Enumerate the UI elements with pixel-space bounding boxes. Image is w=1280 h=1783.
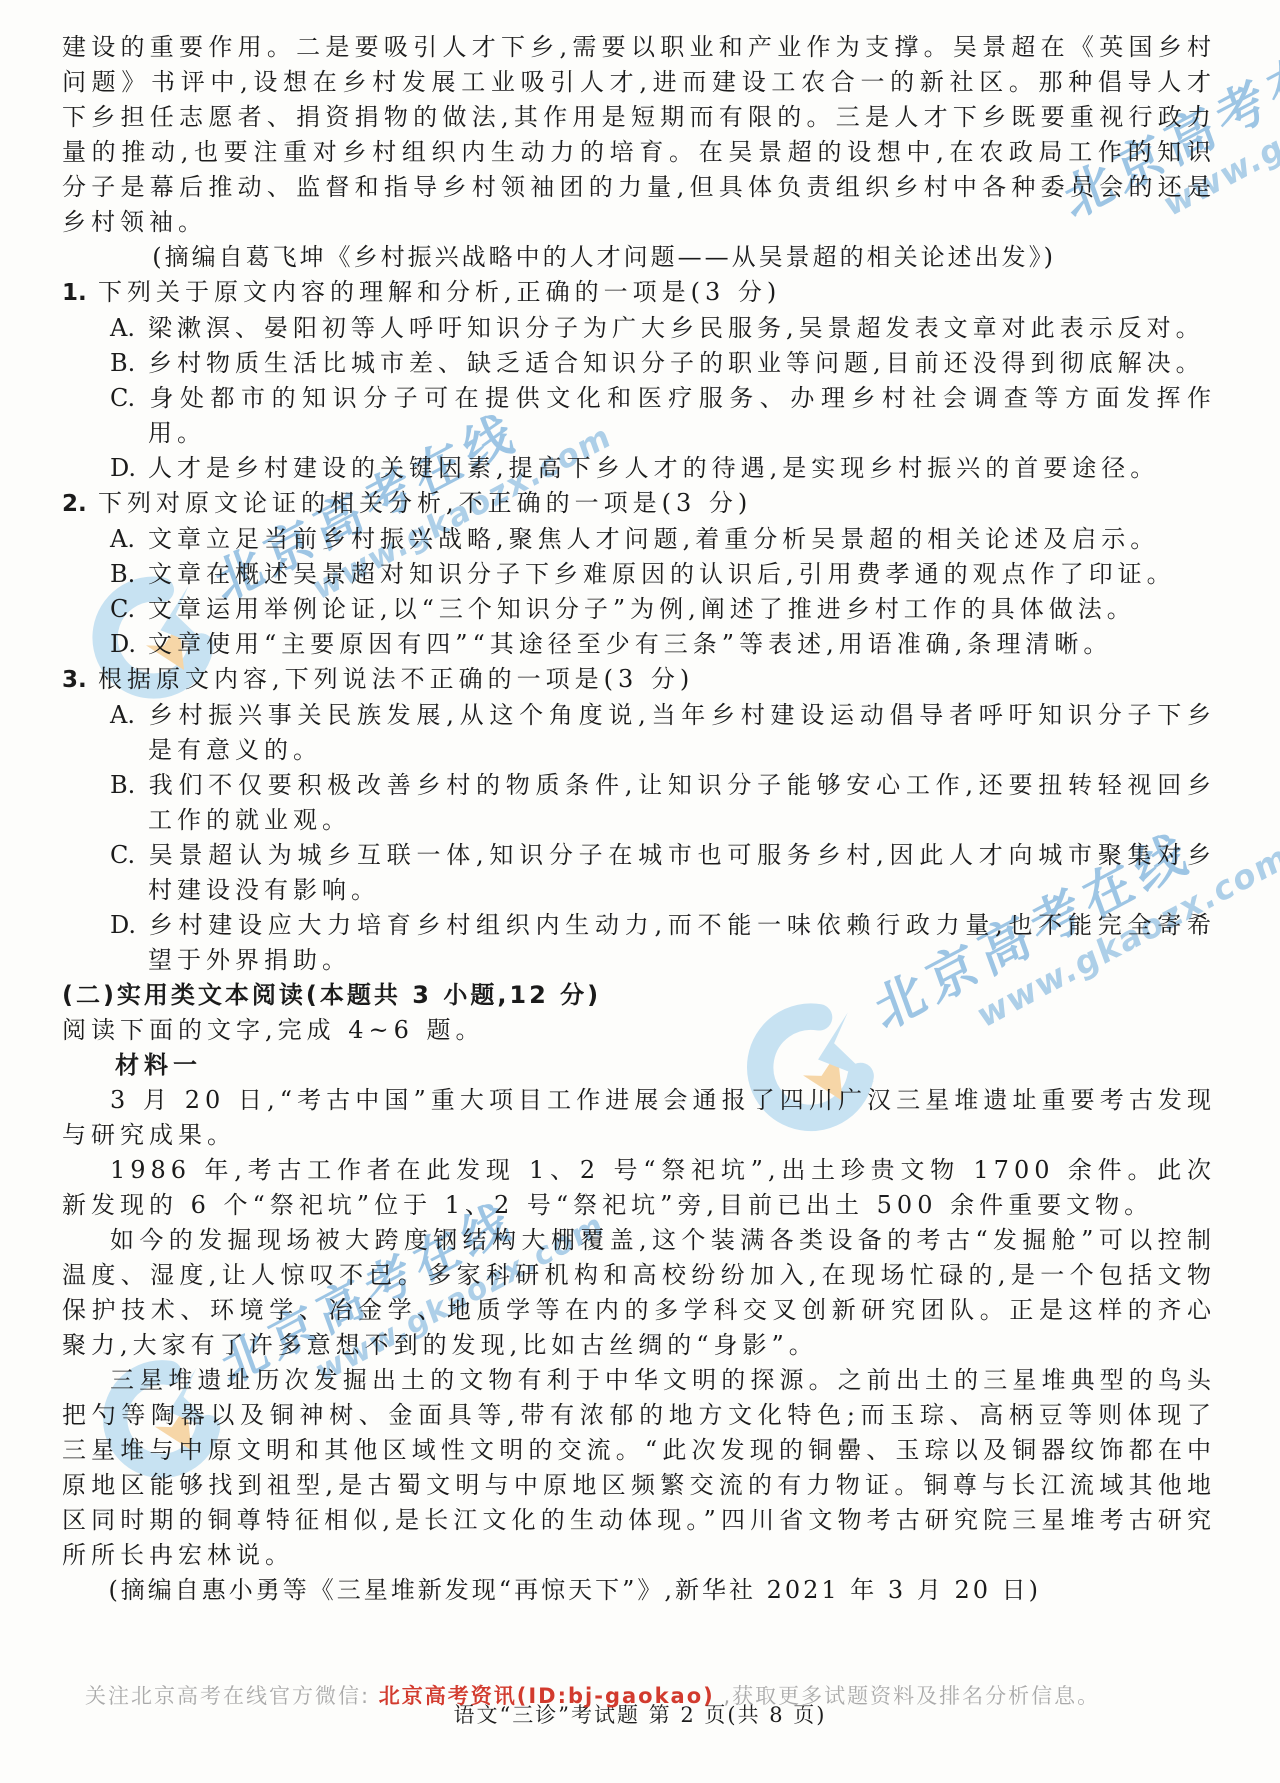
source-citation-2: (摘编自惠小勇等《三星堆新发现“再惊天下”》,新华社 2021 年 3 月 20… (62, 1573, 1216, 1608)
opening-paragraph: 建设的重要作用。二是要吸引人才下乡,需要以职业和产业作为支撑。吴景超在《英国乡村… (62, 30, 1216, 240)
question-1-option-c: C.身处都市的知识分子可在提供文化和医疗服务、办理乡村社会调查等方面发挥作用。 (110, 381, 1216, 451)
material-paragraph: 三星堆遗址历次发掘出土的文物有利于中华文明的探源。之前出土的三星堆典型的鸟头把勺… (62, 1363, 1216, 1573)
question-3: 3.根据原文内容,下列说法不正确的一项是(3 分) (62, 662, 1216, 698)
question-2-option-b: B.文章在概述吴景超对知识分子下乡难原因的认识后,引用费孝通的观点作了印证。 (110, 557, 1216, 592)
option-text: 吴景超认为城乡互联一体,知识分子在城市也可服务乡村,因此人才向城市聚集对乡村建设… (148, 841, 1216, 904)
option-label: A. (110, 311, 148, 346)
option-text: 梁漱溟、晏阳初等人呼吁知识分子为广大乡民服务,吴景超发表文章对此表示反对。 (148, 314, 1205, 342)
reading-instruction: 阅读下面的文字,完成 4~6 题。 (62, 1013, 1216, 1048)
option-label: D. (110, 627, 148, 662)
question-2-option-a: A.文章立足当前乡村振兴战略,聚焦人才问题,着重分析吴景超的相关论述及启示。 (110, 522, 1216, 557)
option-text: 乡村物质生活比城市差、缺乏适合知识分子的职业等问题,目前还没得到彻底解决。 (148, 349, 1205, 377)
option-label: B. (110, 557, 148, 592)
option-label: D. (110, 908, 148, 943)
option-label: D. (110, 451, 148, 486)
question-number: 1. (62, 276, 98, 311)
material-one-label: 材料一 (115, 1048, 1216, 1083)
option-text: 我们不仅要积极改善乡村的物质条件,让知识分子能够安心工作,还要扭转轻视回乡工作的… (148, 771, 1216, 834)
question-stem: 根据原文内容,下列说法不正确的一项是(3 分) (98, 665, 694, 693)
option-label: C. (110, 838, 148, 873)
question-1-option-d: D.人才是乡村建设的关键因素,提高下乡人才的待遇,是实现乡村振兴的首要途径。 (110, 451, 1216, 486)
option-text: 文章在概述吴景超对知识分子下乡难原因的认识后,引用费孝通的观点作了印证。 (148, 560, 1176, 588)
question-3-option-b: B.我们不仅要积极改善乡村的物质条件,让知识分子能够安心工作,还要扭转轻视回乡工… (110, 768, 1216, 838)
question-2-option-c: C.文章运用举例论证,以“三个知识分子”为例,阐述了推进乡村工作的具体做法。 (110, 592, 1216, 627)
question-number: 3. (62, 663, 98, 698)
option-text: 文章立足当前乡村振兴战略,聚焦人才问题,着重分析吴景超的相关论述及启示。 (148, 525, 1159, 553)
question-1-option-b: B.乡村物质生活比城市差、缺乏适合知识分子的职业等问题,目前还没得到彻底解决。 (110, 346, 1216, 381)
option-label: A. (110, 698, 148, 733)
question-3-option-a: A.乡村振兴事关民族发展,从这个角度说,当年乡村建设运动倡导者呼吁知识分子下乡是… (110, 698, 1216, 768)
option-label: C. (110, 592, 148, 627)
footer-note-suffix: ,获取更多试题资料及排名分析信息。 (723, 1684, 1100, 1708)
option-label: A. (110, 522, 148, 557)
footer-note-prefix: 关注北京高考在线官方微信: (85, 1684, 370, 1708)
option-text: 身处都市的知识分子可在提供文化和医疗服务、办理乡村社会调查等方面发挥作用。 (148, 384, 1216, 447)
option-label: B. (110, 346, 148, 381)
option-text: 乡村振兴事关民族发展,从这个角度说,当年乡村建设运动倡导者呼吁知识分子下乡是有意… (148, 701, 1216, 764)
question-stem: 下列关于原文内容的理解和分析,正确的一项是(3 分) (98, 278, 781, 306)
question-number: 2. (62, 487, 98, 522)
option-label: B. (110, 768, 148, 803)
option-label: C. (110, 381, 148, 416)
question-1: 1.下列关于原文内容的理解和分析,正确的一项是(3 分) (62, 275, 1216, 311)
exam-body: 建设的重要作用。二是要吸引人才下乡,需要以职业和产业作为支撑。吴景超在《英国乡村… (0, 0, 1280, 1608)
question-3-option-c: C.吴景超认为城乡互联一体,知识分子在城市也可服务乡村,因此人才向城市聚集对乡村… (110, 838, 1216, 908)
question-stem: 下列对原文论证的相关分析,不正确的一项是(3 分) (98, 489, 752, 517)
option-text: 乡村建设应大力培育乡村组织内生动力,而不能一味依赖行政力量,也不能完全寄希望于外… (148, 911, 1216, 974)
question-3-option-d: D.乡村建设应大力培育乡村组织内生动力,而不能一味依赖行政力量,也不能完全寄希望… (110, 908, 1216, 978)
material-paragraph: 3 月 20 日,“考古中国”重大项目工作进展会通报了四川广汉三星堆遗址重要考古… (62, 1083, 1216, 1153)
question-2: 2.下列对原文论证的相关分析,不正确的一项是(3 分) (62, 486, 1216, 522)
footer-wechat-id: 北京高考资讯(ID:bj-gaokao) (379, 1684, 715, 1708)
question-2-option-d: D.文章使用“主要原因有四”“其途径至少有三条”等表述,用语准确,条理清晰。 (110, 627, 1216, 662)
material-paragraph: 如今的发掘现场被大跨度钢结构大棚覆盖,这个装满各类设备的考古“发掘舱”可以控制温… (62, 1223, 1216, 1363)
exam-paper-page: 北京高考在线 www.gkaozx.com 北京高考在线 www.gkaozx.… (0, 0, 1280, 1783)
option-text: 人才是乡村建设的关键因素,提高下乡人才的待遇,是实现乡村振兴的首要途径。 (148, 454, 1159, 482)
option-text: 文章运用举例论证,以“三个知识分子”为例,阐述了推进乡村工作的具体做法。 (148, 595, 1136, 623)
section-heading: (二)实用类文本阅读(本题共 3 小题,12 分) (62, 978, 1216, 1013)
promo-footer-note: 关注北京高考在线官方微信: 北京高考资讯(ID:bj-gaokao) ,获取更多… (85, 1680, 1100, 1710)
source-citation-1: (摘编自葛飞坤《乡村振兴战略中的人才问题——从吴景超的相关论述出发》) (62, 240, 1216, 275)
material-paragraph: 1986 年,考古工作者在此发现 1、2 号“祭祀坑”,出土珍贵文物 1700 … (62, 1153, 1216, 1223)
question-1-option-a: A.梁漱溟、晏阳初等人呼吁知识分子为广大乡民服务,吴景超发表文章对此表示反对。 (110, 311, 1216, 346)
option-text: 文章使用“主要原因有四”“其途径至少有三条”等表述,用语准确,条理清晰。 (148, 630, 1112, 658)
